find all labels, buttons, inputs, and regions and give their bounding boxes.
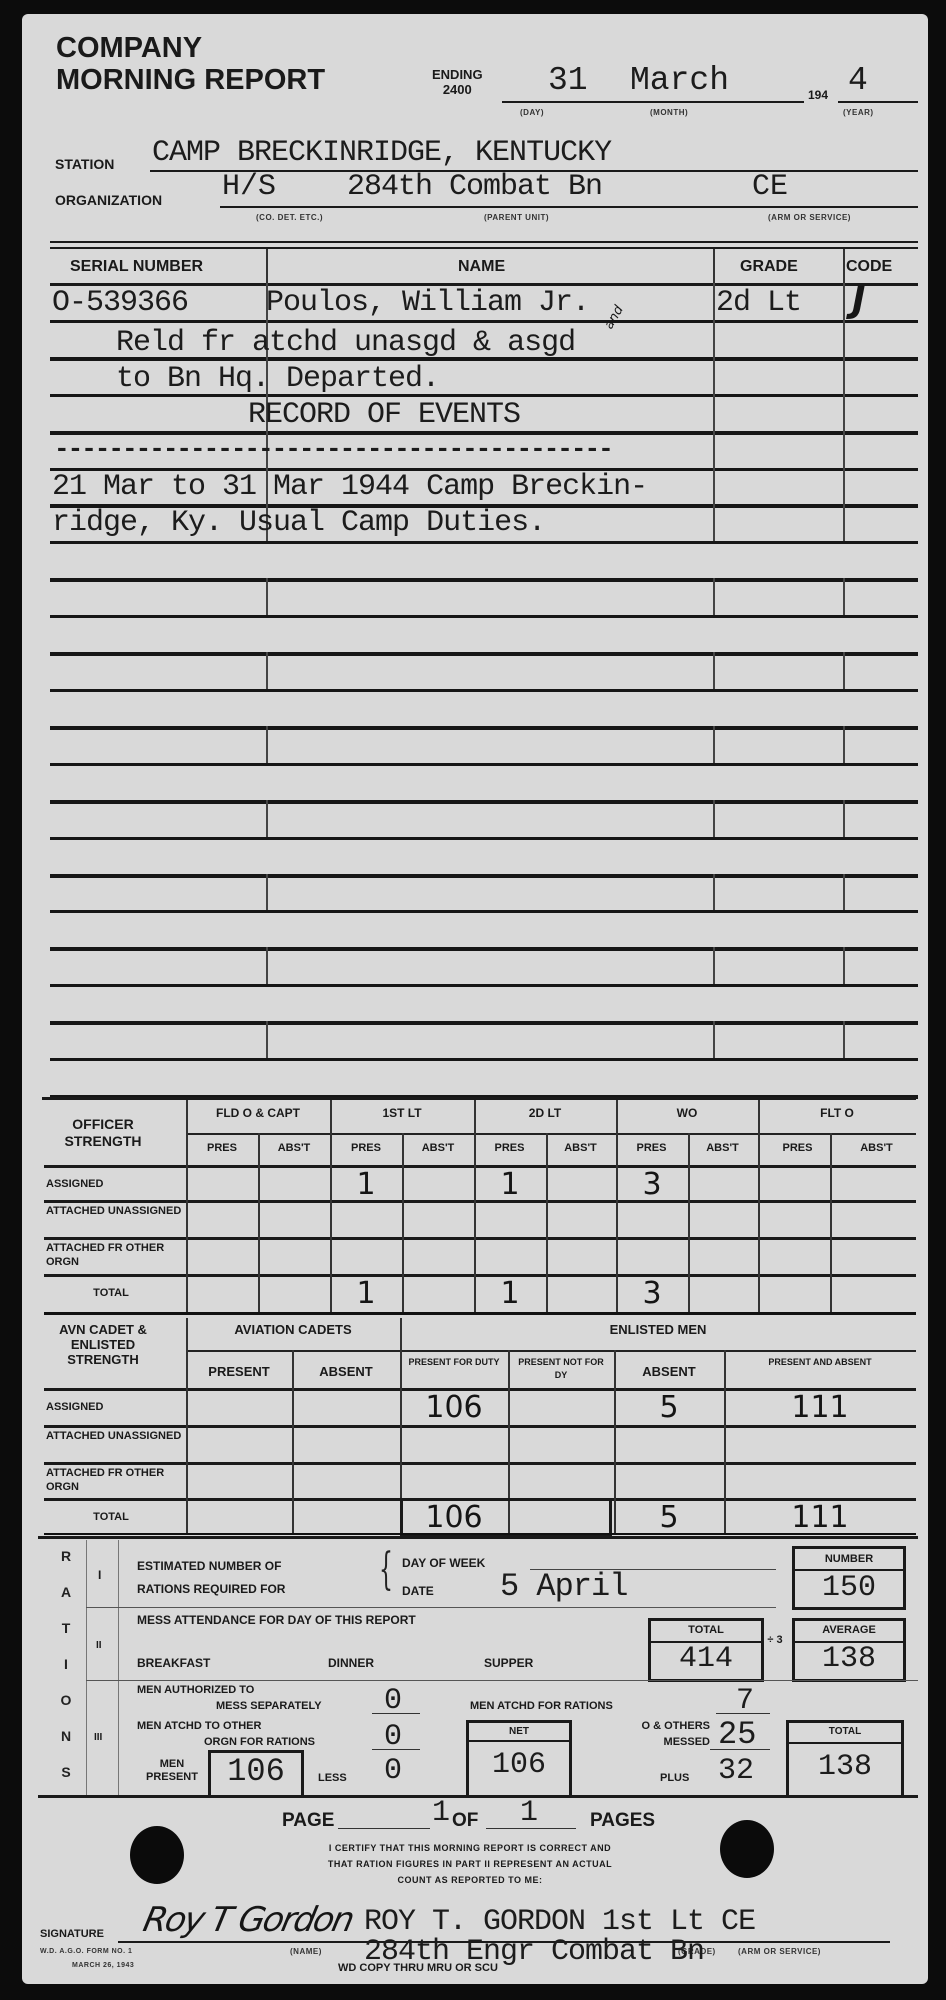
men-present-label-1: MEN [140,1758,204,1771]
net-label: NET [469,1726,569,1737]
col-serial-number: SERIAL NUMBER [70,258,203,276]
month-caption: (MONTH) [650,108,688,117]
rations-letter: A [56,1584,76,1600]
officer-strength-title: OFFICER STRENGTH [44,1116,162,1150]
men-present-label-2: PRESENT [140,1771,204,1784]
rations-side-divider [86,1540,87,1796]
row-rule [50,947,918,951]
officer-sub-pres: PRES [186,1142,258,1154]
row-rule [50,910,918,913]
organization-label: ORGANIZATION [55,192,162,208]
handwritten-signature: Roy T Gordon [140,1900,357,1940]
ending-label-2: 2400 [432,82,483,97]
row-col-divider [713,357,715,394]
officer-sub-abst: ABS'T [545,1142,616,1154]
form-title: COMPANY MORNING REPORT [56,32,325,96]
officer-row-label: ATTACHED UNASSIGNED [46,1204,186,1218]
remarks-line-2: to Bn Hq. Departed. [116,362,439,396]
part-i-label-1: ESTIMATED NUMBER OF [137,1555,285,1578]
station-label: STATION [55,156,114,172]
day-caption: (DAY) [520,108,544,117]
entry-name: Poulos, William Jr. [266,286,589,320]
enlisted-strength-title: AVN CADET & ENLISTED STRENGTH [44,1322,162,1367]
row-col-divider [713,431,715,468]
arm-caption: (ARM OR SERVICE) [768,213,851,222]
officer-sub-abst: ABS'T [402,1142,474,1154]
row-col-divider [713,1021,715,1058]
supper-label: SUPPER [484,1656,533,1670]
rations-letter: I [56,1656,76,1672]
row-col-divider [843,468,845,504]
part-i-numeral: I [98,1568,101,1582]
form-date: MARCH 26, 1943 [72,1962,134,1969]
part-i-label: ESTIMATED NUMBER OF RATIONS REQUIRED FOR [137,1555,285,1601]
auth-label-1: MEN AUTHORIZED TO [137,1684,254,1696]
row-rule [50,689,918,692]
report-day: 31 [548,62,588,99]
officer-col-divider [186,1100,188,1312]
enlisted-row-label: TOTAL [46,1510,176,1524]
row-col-divider [713,947,715,984]
row-col-divider [843,652,845,689]
men-present-value: 106 [211,1753,301,1790]
enlisted-cell-value: 5 [614,1500,724,1535]
row-col-divider [843,431,845,468]
col-code: CODE [846,258,892,276]
station-value: CAMP BRECKINRIDGE, KENTUCKY [152,136,611,170]
table-top-rule-1 [50,241,918,243]
mess-attendance-label: MESS ATTENDANCE FOR DAY OF THIS REPORT [137,1613,416,1627]
rations-letter: S [56,1764,76,1780]
entry-grade: 2d Lt [716,286,801,320]
row-rule [50,615,918,618]
row-col-divider [843,320,845,357]
officer-col-divider [758,1100,760,1312]
atchd-rations-label: MEN ATCHD FOR RATIONS [470,1700,613,1712]
row-rule [50,800,918,804]
officer-cell-value: 3 [616,1276,688,1311]
signer-typed-name: ROY T. GORDON 1st Lt CE [364,1905,755,1939]
net-divider [469,1740,569,1742]
row-col-divider [843,947,845,984]
officer-sub-pres: PRES [474,1142,545,1154]
atchd-rations-value: 7 [736,1684,754,1718]
row-col-divider [713,726,715,763]
row-col-divider [713,320,715,357]
enlisted-cell-value: 106 [400,1390,508,1425]
enlisted-col-header: PRESENT NOT FOR DY [512,1356,610,1382]
officer-top-rule [42,1097,916,1100]
part-ii-rule [86,1680,918,1681]
rations-letter: N [56,1728,76,1744]
part-i-rule [86,1607,776,1608]
report-year-digit: 4 [848,62,868,99]
officer-sub-pres: PRES [758,1142,837,1154]
rations-bottom-rule [38,1795,918,1798]
rations-total-label: TOTAL [789,1726,901,1737]
atchd-other-value: 0 [384,1720,402,1754]
row-col-divider [713,800,715,837]
officer-row-label: ASSIGNED [46,1177,186,1191]
title-line-1: COMPANY [56,32,325,64]
officer-col-divider [402,1133,404,1312]
year-caption: (YEAR) [843,108,874,117]
enlisted-row-label: ASSIGNED [46,1400,186,1414]
header-col-divider [266,249,268,284]
row-col-divider [843,726,845,763]
table-top-rule-2 [50,247,918,249]
net-value: 106 [469,1748,569,1782]
divide-by-three: ÷ 3 [764,1628,786,1652]
mess-total-value: 414 [651,1642,761,1676]
col-name: NAME [458,258,505,276]
officer-cell-value: 1 [330,1276,402,1311]
officer-group-4: FLT O [758,1106,916,1120]
officer-col-divider [830,1133,832,1312]
officer-sub-pres: PRES [616,1142,687,1154]
col-grade: GRADE [740,258,798,276]
part-iii-numeral: III [94,1732,102,1743]
report-month: March [630,62,729,99]
total-present-box [400,1498,612,1536]
auth-mess-separately-value: 0 [384,1684,402,1718]
unit-caption: (CO. DET. ETC.) [256,213,323,222]
ending-label: ENDING 2400 [432,67,483,97]
pages-label: PAGES [590,1810,655,1832]
row-col-divider [266,726,268,763]
row-rule [50,541,918,544]
part-i-brace: { [379,1544,393,1595]
year-underline [838,101,918,103]
officer-row-rule [44,1237,916,1240]
officer-sub-abst: ABS'T [258,1142,330,1154]
officer-sub-pres: PRES [330,1142,402,1154]
event-line-1: 21 Mar to 31 Mar 1944 Camp Breckin- [52,470,647,504]
signature-label: SIGNATURE [40,1928,104,1940]
enlisted-col-header: ABSENT [296,1364,396,1379]
title-line-2: MORNING REPORT [56,64,325,96]
rations-letter: O [56,1692,76,1708]
rations-roman-divider [118,1540,119,1796]
row-col-divider [266,874,268,910]
officer-sub-abst: ABS'T [687,1142,758,1154]
header-col-divider [843,249,845,284]
enlisted-group-rule [186,1350,916,1352]
page-label: PAGE [282,1810,334,1832]
breakfast-label: BREAKFAST [137,1656,210,1670]
date-label: DATE [402,1584,434,1598]
entry-code: J [852,280,865,321]
average-label: AVERAGE [795,1624,903,1636]
row-rule [50,763,918,766]
copy-routing-note: WD COPY THRU MRU OR SCU [338,1962,498,1974]
row-col-divider [713,283,715,320]
row-col-divider [713,504,715,541]
punch-hole-right [720,1820,774,1878]
row-rule [50,320,918,323]
enlisted-bottom-rule [44,1533,916,1535]
row-rule [50,726,918,730]
enlisted-cell-value: 111 [724,1390,916,1425]
row-col-divider [713,578,715,615]
enlisted-col-header: ABSENT [618,1364,720,1379]
enlisted-row-label: ATTACHED FR OTHER ORGN [46,1466,186,1494]
part-ii-numeral: II [96,1640,102,1651]
row-col-divider [266,800,268,837]
header-col-divider [713,249,715,284]
aviation-cadets-group: AVIATION CADETS [186,1322,400,1337]
less-value: 0 [384,1754,402,1788]
event-line-2: ridge, Ky. Usual Camp Duties. [52,506,545,540]
others-label-1: O & OTHERS [596,1720,710,1732]
men-present-label: MEN PRESENT [140,1758,204,1784]
certification-text: I CERTIFY THAT THIS MORNING REPORT IS CO… [250,1840,690,1888]
rations-total-value: 138 [789,1750,901,1784]
organization-underline [220,206,918,208]
enlisted-cell-value: 5 [614,1390,724,1425]
row-col-divider [843,394,845,431]
officer-sub-abst: ABS'T [837,1142,916,1154]
remarks-line-1: Reld fr atchd unasgd & asgd [116,326,575,360]
organization-parent-unit: 284th Combat Bn [347,170,602,204]
record-of-events-heading: RECORD OF EVENTS [248,398,520,432]
officer-col-divider [546,1133,548,1312]
enlisted-row-label: ATTACHED UNASSIGNED [46,1429,186,1443]
rations-letter: R [56,1548,76,1564]
page-underline [338,1828,430,1829]
organization-unit: H/S [222,170,276,204]
rations-letter: T [56,1620,76,1636]
rations-top-rule [38,1536,918,1539]
officer-group-2: 2D LT [474,1106,616,1120]
row-rule [50,984,918,987]
row-col-divider [843,504,845,541]
dash-separator: ----------------------------------------… [54,434,612,464]
row-rule [50,652,918,656]
number-label: NUMBER [795,1553,903,1565]
average-value: 138 [795,1642,903,1676]
certify-line-2: THAT RATION FIGURES IN PART II REPRESENT… [250,1856,690,1872]
enlisted-row-rule [44,1462,916,1465]
auth-label-2: MESS SEPARATELY [216,1700,322,1712]
row-rule [50,874,918,878]
less-label: LESS [318,1772,347,1784]
row-rule [50,1021,918,1025]
officer-col-divider [688,1133,690,1312]
row-col-divider [713,874,715,910]
row-col-divider [266,578,268,615]
officer-row-label: ATTACHED FR OTHER ORGN [46,1241,186,1269]
enlisted-cell-value: 111 [724,1500,916,1535]
enlisted-col-header: PRESENT FOR DUTY [404,1356,504,1369]
row-col-divider [843,578,845,615]
row-rule [50,1058,918,1061]
enlisted-men-group: ENLISTED MEN [400,1322,916,1337]
total-pages: 1 [520,1796,538,1830]
officer-group-3: WO [616,1106,758,1120]
organization-arm: CE [752,170,788,204]
enlisted-col-header: PRESENT AND ABSENT [728,1356,912,1369]
others-messed-value: 25 [718,1716,756,1753]
row-col-divider [843,357,845,394]
others-messed-label: MESSED [596,1736,710,1748]
row-col-divider [843,800,845,837]
row-col-divider [713,394,715,431]
officer-cell-value: 1 [330,1167,402,1202]
officer-cell-value: 1 [474,1167,546,1202]
row-col-divider [266,1021,268,1058]
punch-hole-left [130,1826,184,1884]
rations-total-divider [789,1742,901,1744]
officer-cell-value: 1 [474,1276,546,1311]
row-col-divider [713,652,715,689]
certify-line-1: I CERTIFY THAT THIS MORNING REPORT IS CO… [250,1840,690,1856]
ration-date-value: 5 April [500,1568,627,1605]
enlisted-col-divider [292,1350,294,1533]
year-prefix: 194 [808,88,828,102]
officer-group-rule [186,1133,916,1135]
plus-value: 32 [718,1754,754,1788]
name-caption: (NAME) [290,1947,322,1956]
parent-unit-caption: (PARENT UNIT) [484,213,549,222]
footer-arm-caption: (ARM OR SERVICE) [738,1947,821,1956]
officer-group-0: FLD O & CAPT [186,1106,330,1120]
date-underline [502,101,804,103]
officer-bottom-rule [44,1312,916,1315]
plus-label: PLUS [660,1772,689,1784]
officer-group-1: 1ST LT [330,1106,474,1120]
row-col-divider [843,874,845,910]
atchd-other-label-2: ORGN FOR RATIONS [204,1736,315,1748]
mess-total-label: TOTAL [651,1624,761,1636]
officer-row-label: TOTAL [46,1286,176,1300]
ending-label-1: ENDING [432,67,483,82]
part-i-label-2: RATIONS REQUIRED FOR [137,1578,285,1601]
dinner-label: DINNER [328,1656,374,1670]
row-col-divider [266,947,268,984]
of-label: OF [452,1810,478,1832]
page-number: 1 [432,1796,450,1830]
row-rule [50,578,918,582]
row-rule [50,837,918,840]
rations-number-value: 150 [795,1571,903,1605]
officer-cell-value: 3 [616,1167,688,1202]
officer-col-divider [258,1133,260,1312]
certify-line-3: COUNT AS REPORTED TO ME: [250,1872,690,1888]
day-of-week-label: DAY OF WEEK [402,1556,485,1570]
form-number: W.D. A.G.O. FORM NO. 1 [40,1948,132,1955]
row-col-divider [266,652,268,689]
entry-serial-number: O-539366 [52,286,188,320]
row-col-divider [843,1021,845,1058]
enlisted-row-rule [44,1425,916,1428]
row-col-divider [843,283,845,320]
atchd-other-label-1: MEN ATCHD TO OTHER [137,1720,261,1732]
enlisted-col-divider [186,1318,188,1533]
enlisted-col-header: PRESENT [190,1364,288,1379]
row-col-divider [713,468,715,504]
